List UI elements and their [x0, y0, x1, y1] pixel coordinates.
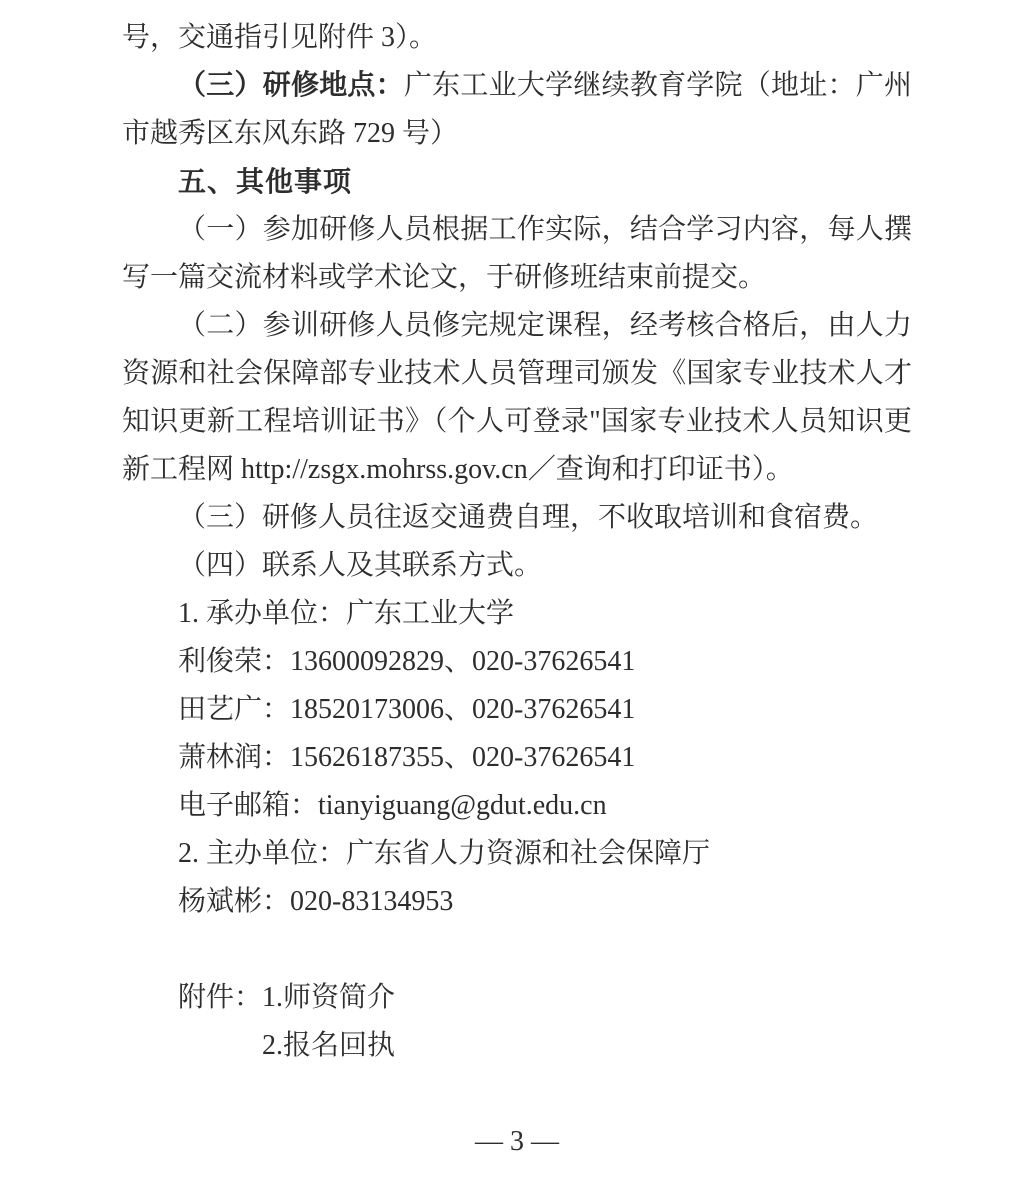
paragraph-item-4: （四）联系人及其联系方式。: [122, 542, 912, 590]
contact-line-xiao-linrun: 萧林润：15626187355、020-37626541: [122, 734, 912, 782]
document-content: 号，交通指引见附件 3）。 （三）研修地点：广东工业大学继续教育学院（地址：广州…: [122, 0, 912, 1166]
paragraph-training-location: （三）研修地点：广东工业大学继续教育学院（地址：广州市越秀区东风东路 729 号…: [122, 62, 912, 158]
contact-line-li-junrong: 利俊荣：13600092829、020-37626541: [122, 638, 912, 686]
paragraph-item-3: （三）研修人员往返交通费自理，不收取培训和食宿费。: [122, 494, 912, 542]
attachments-block: 附件：1.师资简介 2.报名回执: [122, 974, 912, 1070]
paragraph-continuation: 号，交通指引见附件 3）。: [122, 14, 912, 62]
page-number: — 3 —: [122, 1118, 912, 1166]
contact-line-email: 电子邮箱：tianyiguang@gdut.edu.cn: [122, 782, 912, 830]
paragraph-label-location: （三）研修地点：: [178, 70, 404, 101]
attachment-item-2: 2.报名回执: [122, 1022, 912, 1070]
paragraph-host-unit: 2. 主办单位：广东省人力资源和社会保障厅: [122, 830, 912, 878]
paragraph-organizer: 1. 承办单位：广东工业大学: [122, 590, 912, 638]
contact-line-tian-yiguang: 田艺广：18520173006、020-37626541: [122, 686, 912, 734]
attachment-item-1: 附件：1.师资简介: [122, 974, 912, 1022]
contact-line-yang-binbin: 杨斌彬：020-83134953: [122, 878, 912, 926]
paragraph-item-1: （一）参加研修人员根据工作实际，结合学习内容，每人撰写一篇交流材料或学术论文，于…: [122, 206, 912, 302]
attachments-label: 附件：: [178, 982, 262, 1013]
paragraph-item-2: （二）参训研修人员修完规定课程，经考核合格后，由人力资源和社会保障部专业技术人员…: [122, 302, 912, 494]
document-page: 号，交通指引见附件 3）。 （三）研修地点：广东工业大学继续教育学院（地址：广州…: [0, 0, 1024, 1185]
section-heading-other-matters: 五、其他事项: [122, 158, 912, 206]
attachment-item-1-text: 1.师资简介: [262, 982, 395, 1013]
